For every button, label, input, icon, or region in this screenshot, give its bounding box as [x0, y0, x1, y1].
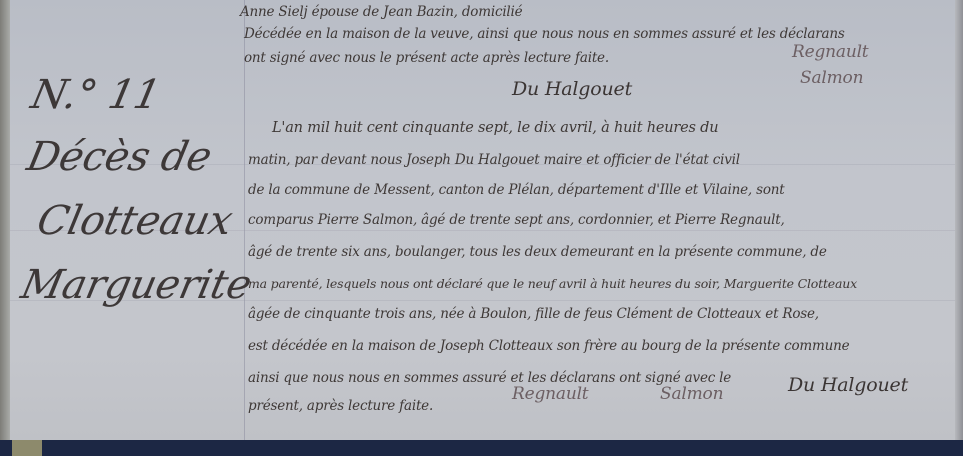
binder-background — [0, 440, 963, 456]
previous-entry-line: Anne Sielj épouse de Jean Bazin, domicil… — [240, 4, 522, 20]
record-line: âgé de trente six ans, boulanger, tous l… — [248, 244, 827, 260]
previous-signature-regnault: Regnault — [792, 42, 868, 62]
margin-given-name: Marguerite — [17, 262, 255, 308]
record-line: comparus Pierre Salmon, âgé de trente se… — [248, 212, 785, 228]
record-line: de la commune de Messent, canton de Plél… — [248, 182, 784, 198]
record-line: matin, par devant nous Joseph Du Halgoue… — [248, 152, 740, 168]
record-line: présent, après lecture faite. — [248, 398, 433, 414]
previous-entry-line: Décédée en la maison de la veuve, ainsi … — [244, 26, 845, 42]
page-left-edge — [0, 0, 10, 440]
signature-salmon: Salmon — [660, 384, 723, 404]
record-line: ma parenté, lesquels nous ont déclaré qu… — [248, 276, 857, 291]
previous-signature-salmon: Salmon — [800, 68, 863, 88]
signature-regnault: Regnault — [512, 384, 588, 404]
record-line: âgée de cinquante trois ans, née à Boulo… — [248, 306, 819, 322]
signature-officer: Du Halgouet — [788, 374, 908, 396]
previous-signature-officer: Du Halgouet — [512, 78, 632, 100]
record-line: ainsi que nous nous en sommes assuré et … — [248, 370, 731, 386]
page-right-edge — [955, 0, 963, 440]
margin-rule — [244, 0, 245, 440]
margin-surname: Clotteaux — [33, 198, 236, 244]
previous-entry-line: ont signé avec nous le présent acte aprè… — [244, 50, 609, 66]
record-line: L'an mil huit cent cinquante sept, le di… — [272, 120, 718, 136]
record-number: N.° 11 — [27, 72, 164, 118]
margin-title-deces: Décès de — [23, 134, 216, 180]
register-page: N.° 11 Décès de Clotteaux Marguerite Ann… — [0, 0, 963, 442]
binder-corner — [12, 440, 42, 456]
record-line: est décédée en la maison de Joseph Clott… — [248, 338, 849, 354]
